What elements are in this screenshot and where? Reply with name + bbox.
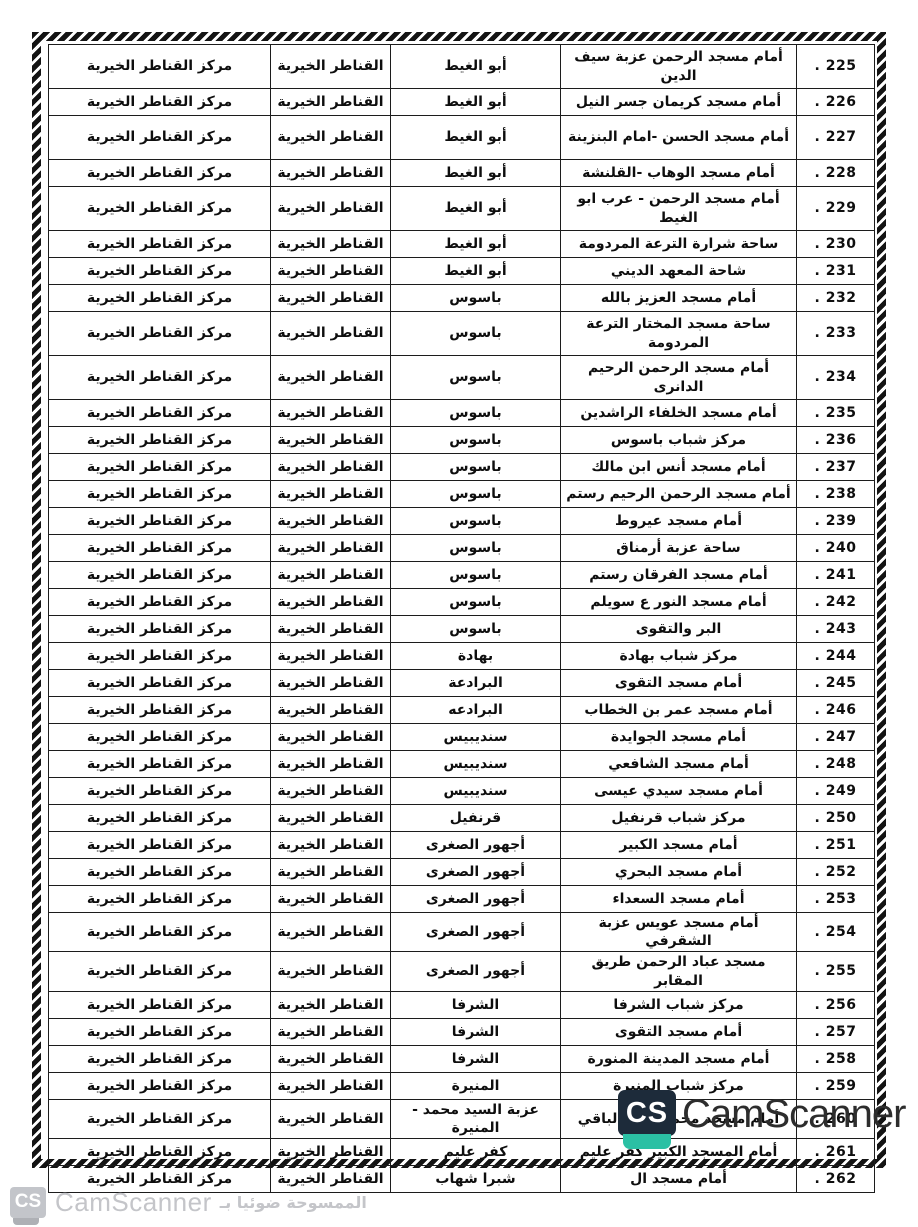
district-cell: القناطر الخيرية: [271, 724, 391, 751]
table-row: . 254أمام مسجد عويس عزبة الشقرفيأجهور ال…: [49, 913, 875, 952]
location-description-cell: أمام مسجد عيروط: [561, 508, 797, 535]
center-cell: مركز القناطر الخيرية: [49, 1099, 271, 1138]
village-cell: سنديبيس: [391, 778, 561, 805]
row-number-cell: . 253: [797, 886, 875, 913]
village-cell: باسوس: [391, 356, 561, 400]
row-number-cell: . 252: [797, 859, 875, 886]
location-description-cell: أمام مسجد عمر بن الخطاب: [561, 697, 797, 724]
center-cell: مركز القناطر الخيرية: [49, 859, 271, 886]
table-row: . 225أمام مسجد الرحمن عزبة سيف الدينأبو …: [49, 45, 875, 89]
location-description-cell: أمام مسجد كريمان جسر النيل: [561, 89, 797, 116]
location-description-cell: أمام مسجد عويس عزبة الشقرفي: [561, 913, 797, 952]
location-description-cell: ساحة عزبة أرمناق: [561, 535, 797, 562]
table-row: . 227أمام مسجد الحسن -امام البنزينةأبو ا…: [49, 116, 875, 160]
location-description-cell: أمام مسجد الفرقان رستم: [561, 562, 797, 589]
location-description-cell: مسجد عباد الرحمن طريق المقابر: [561, 952, 797, 991]
row-number-cell: . 249: [797, 778, 875, 805]
row-number-cell: . 235: [797, 400, 875, 427]
village-cell: باسوس: [391, 562, 561, 589]
village-cell: باسوس: [391, 312, 561, 356]
row-number-cell: . 236: [797, 427, 875, 454]
location-description-cell: ساحة شرارة الترعة المردومة: [561, 231, 797, 258]
row-number-cell: . 243: [797, 616, 875, 643]
district-cell: القناطر الخيرية: [271, 697, 391, 724]
row-number-cell: . 240: [797, 535, 875, 562]
records-table-body: . 225أمام مسجد الرحمن عزبة سيف الدينأبو …: [49, 45, 875, 1193]
district-cell: القناطر الخيرية: [271, 535, 391, 562]
district-cell: القناطر الخيرية: [271, 643, 391, 670]
district-cell: القناطر الخيرية: [271, 312, 391, 356]
district-cell: القناطر الخيرية: [271, 508, 391, 535]
row-number-cell: . 248: [797, 751, 875, 778]
center-cell: مركز القناطر الخيرية: [49, 832, 271, 859]
row-number-cell: . 255: [797, 952, 875, 991]
center-cell: مركز القناطر الخيرية: [49, 1018, 271, 1045]
village-cell: أجهور الصغرى: [391, 886, 561, 913]
row-number-cell: . 241: [797, 562, 875, 589]
location-description-cell: أمام مسجد الرحمن - عرب ابو الغيط: [561, 187, 797, 231]
village-cell: أبو الغيط: [391, 45, 561, 89]
village-cell: أبو الغيط: [391, 89, 561, 116]
row-number-cell: . 256: [797, 991, 875, 1018]
table-row: . 258أمام مسجد المدينة المنورةالشرفاالقن…: [49, 1045, 875, 1072]
table-row: . 233ساحة مسجد المختار الترعة المردومةبا…: [49, 312, 875, 356]
center-cell: مركز القناطر الخيرية: [49, 535, 271, 562]
row-number-cell: . 246: [797, 697, 875, 724]
district-cell: القناطر الخيرية: [271, 400, 391, 427]
center-cell: مركز القناطر الخيرية: [49, 1045, 271, 1072]
location-description-cell: أمام مسجد النور ع سويلم: [561, 589, 797, 616]
center-cell: مركز القناطر الخيرية: [49, 508, 271, 535]
location-description-cell: أمام مسجد أنس ابن مالك: [561, 454, 797, 481]
village-cell: سنديبيس: [391, 751, 561, 778]
village-cell: باسوس: [391, 616, 561, 643]
village-cell: باسوس: [391, 454, 561, 481]
center-cell: مركز القناطر الخيرية: [49, 285, 271, 312]
row-number-cell: . 242: [797, 589, 875, 616]
table-row: . 242أمام مسجد النور ع سويلمباسوسالقناطر…: [49, 589, 875, 616]
table-row: . 229أمام مسجد الرحمن - عرب ابو الغيطأبو…: [49, 187, 875, 231]
row-number-cell: . 232: [797, 285, 875, 312]
district-cell: القناطر الخيرية: [271, 481, 391, 508]
center-cell: مركز القناطر الخيرية: [49, 231, 271, 258]
center-cell: مركز القناطر الخيرية: [49, 643, 271, 670]
district-cell: القناطر الخيرية: [271, 1072, 391, 1099]
village-cell: أبو الغيط: [391, 258, 561, 285]
location-description-cell: أمام مسجد البحري: [561, 859, 797, 886]
village-cell: باسوس: [391, 535, 561, 562]
table-row: . 235أمام مسجد الخلفاء الراشدينباسوسالقن…: [49, 400, 875, 427]
center-cell: مركز القناطر الخيرية: [49, 805, 271, 832]
row-number-cell: . 254: [797, 913, 875, 952]
location-description-cell: البر والتقوى: [561, 616, 797, 643]
table-row: . 243البر والتقوىباسوسالقناطر الخيريةمرك…: [49, 616, 875, 643]
village-cell: الشرفا: [391, 1018, 561, 1045]
location-description-cell: أمام مسجد المدينة المنورة: [561, 1045, 797, 1072]
village-cell: أبو الغيط: [391, 116, 561, 160]
village-cell: قرنفيل: [391, 805, 561, 832]
center-cell: مركز القناطر الخيرية: [49, 697, 271, 724]
center-cell: مركز القناطر الخيرية: [49, 589, 271, 616]
table-row: . 228أمام مسجد الوهاب -القلنشةأبو الغيطا…: [49, 160, 875, 187]
district-cell: القناطر الخيرية: [271, 952, 391, 991]
district-cell: القناطر الخيرية: [271, 805, 391, 832]
table-row: . 248أمام مسجد الشافعيسنديبيسالقناطر الخ…: [49, 751, 875, 778]
district-cell: القناطر الخيرية: [271, 454, 391, 481]
camscanner-footer-logo-text: CS: [15, 1191, 41, 1213]
row-number-cell: . 251: [797, 832, 875, 859]
row-number-cell: . 257: [797, 1018, 875, 1045]
center-cell: مركز القناطر الخيرية: [49, 116, 271, 160]
camscanner-footer-logo-tab: [13, 1218, 39, 1225]
table-row: . 255مسجد عباد الرحمن طريق المقابرأجهور …: [49, 952, 875, 991]
row-number-cell: . 245: [797, 670, 875, 697]
camscanner-logo-tab: [623, 1134, 671, 1149]
row-number-cell: . 244: [797, 643, 875, 670]
center-cell: مركز القناطر الخيرية: [49, 913, 271, 952]
district-cell: القناطر الخيرية: [271, 1099, 391, 1138]
location-description-cell: أمام مسجد العزيز بالله: [561, 285, 797, 312]
center-cell: مركز القناطر الخيرية: [49, 562, 271, 589]
district-cell: القناطر الخيرية: [271, 45, 391, 89]
district-cell: القناطر الخيرية: [271, 160, 391, 187]
table-row: . 237أمام مسجد أنس ابن مالكباسوسالقناطر …: [49, 454, 875, 481]
center-cell: مركز القناطر الخيرية: [49, 312, 271, 356]
center-cell: مركز القناطر الخيرية: [49, 991, 271, 1018]
center-cell: مركز القناطر الخيرية: [49, 886, 271, 913]
location-description-cell: مركز شباب الشرفا: [561, 991, 797, 1018]
village-cell: عزبة السيد محمد - المنيرة: [391, 1099, 561, 1138]
camscanner-footer: CS CamScanner الممسوحة ضوئيا بـ: [10, 1180, 430, 1224]
table-row: . 232أمام مسجد العزيز باللهباسوسالقناطر …: [49, 285, 875, 312]
table-row: . 257أمام مسجد التقوىالشرفاالقناطر الخير…: [49, 1018, 875, 1045]
table-row: . 247أمام مسجد الجوايدةسنديبيسالقناطر ال…: [49, 724, 875, 751]
table-row: . 236مركز شباب باسوسباسوسالقناطر الخيرية…: [49, 427, 875, 454]
row-number-cell: . 230: [797, 231, 875, 258]
table-row: . 250مركز شباب قرنفيلقرنفيلالقناطر الخير…: [49, 805, 875, 832]
district-cell: القناطر الخيرية: [271, 991, 391, 1018]
location-description-cell: أمام مسجد التقوى: [561, 1018, 797, 1045]
village-cell: البرادعه: [391, 697, 561, 724]
district-cell: القناطر الخيرية: [271, 778, 391, 805]
row-number-cell: . 262: [797, 1166, 875, 1193]
location-description-cell: أمام مسجد الكبير: [561, 832, 797, 859]
district-cell: القناطر الخيرية: [271, 616, 391, 643]
center-cell: مركز القناطر الخيرية: [49, 1072, 271, 1099]
center-cell: مركز القناطر الخيرية: [49, 356, 271, 400]
center-cell: مركز القناطر الخيرية: [49, 187, 271, 231]
row-number-cell: . 234: [797, 356, 875, 400]
table-row: . 234أمام مسجد الرحمن الرحيم الدانرىباسو…: [49, 356, 875, 400]
table-row: . 252أمام مسجد البحريأجهور الصغرىالقناطر…: [49, 859, 875, 886]
location-description-cell: مركز شباب قرنفيل: [561, 805, 797, 832]
village-cell: أبو الغيط: [391, 231, 561, 258]
district-cell: القناطر الخيرية: [271, 589, 391, 616]
location-description-cell: أمام مسجد الحسن -امام البنزينة: [561, 116, 797, 160]
village-cell: باسوس: [391, 427, 561, 454]
village-cell: باسوس: [391, 285, 561, 312]
camscanner-footer-logo-icon: CS: [10, 1187, 46, 1218]
center-cell: مركز القناطر الخيرية: [49, 670, 271, 697]
location-description-cell: أمام مسجد سيدي عيسى: [561, 778, 797, 805]
village-cell: كفر عليم: [391, 1139, 561, 1166]
center-cell: مركز القناطر الخيرية: [49, 952, 271, 991]
location-description-cell: أمام مسجد الرحمن الرحيم رستم: [561, 481, 797, 508]
village-cell: باسوس: [391, 589, 561, 616]
locations-table: . 225أمام مسجد الرحمن عزبة سيف الدينأبو …: [48, 44, 875, 1193]
center-cell: مركز القناطر الخيرية: [49, 400, 271, 427]
table-row: . 238أمام مسجد الرحمن الرحيم رستمباسوسال…: [49, 481, 875, 508]
row-number-cell: . 228: [797, 160, 875, 187]
district-cell: القناطر الخيرية: [271, 187, 391, 231]
center-cell: مركز القناطر الخيرية: [49, 481, 271, 508]
district-cell: القناطر الخيرية: [271, 89, 391, 116]
village-cell: أبو الغيط: [391, 187, 561, 231]
row-number-cell: . 233: [797, 312, 875, 356]
camscanner-logo-icon: CS: [618, 1090, 676, 1136]
table-row: . 244مركز شباب بهادةبهادةالقناطر الخيرية…: [49, 643, 875, 670]
location-description-cell: أمام مسجد الجوايدة: [561, 724, 797, 751]
district-cell: القناطر الخيرية: [271, 285, 391, 312]
village-cell: باسوس: [391, 481, 561, 508]
row-number-cell: . 247: [797, 724, 875, 751]
village-cell: باسوس: [391, 508, 561, 535]
district-cell: القناطر الخيرية: [271, 1139, 391, 1166]
location-description-cell: أمام مسجد الرحمن الرحيم الدانرى: [561, 356, 797, 400]
center-cell: مركز القناطر الخيرية: [49, 454, 271, 481]
location-description-cell: مركز شباب بهادة: [561, 643, 797, 670]
center-cell: مركز القناطر الخيرية: [49, 724, 271, 751]
location-description-cell: أمام مسجد السعداء: [561, 886, 797, 913]
table-row: . 246أمام مسجد عمر بن الخطابالبرادعهالقن…: [49, 697, 875, 724]
row-number-cell: . 250: [797, 805, 875, 832]
camscanner-logo-text: CS: [626, 1097, 668, 1130]
camscanner-footer-caption: الممسوحة ضوئيا بـ: [220, 1193, 367, 1212]
village-cell: بهادة: [391, 643, 561, 670]
village-cell: أجهور الصغرى: [391, 832, 561, 859]
location-description-cell: أمام مسجد الشافعي: [561, 751, 797, 778]
table-row: . 256مركز شباب الشرفاالشرفاالقناطر الخير…: [49, 991, 875, 1018]
camscanner-footer-brand: CamScanner: [55, 1187, 212, 1218]
table-row: . 226أمام مسجد كريمان جسر النيلأبو الغيط…: [49, 89, 875, 116]
location-description-cell: أمام مسجد ال: [561, 1166, 797, 1193]
table-row: . 240ساحة عزبة أرمناقباسوسالقناطر الخيري…: [49, 535, 875, 562]
center-cell: مركز القناطر الخيرية: [49, 427, 271, 454]
table-row: . 241أمام مسجد الفرقان رستمباسوسالقناطر …: [49, 562, 875, 589]
village-cell: أجهور الصغرى: [391, 859, 561, 886]
camscanner-watermark: CS CamScanner: [618, 1090, 918, 1160]
district-cell: القناطر الخيرية: [271, 1045, 391, 1072]
location-description-cell: مركز شباب باسوس: [561, 427, 797, 454]
village-cell: أبو الغيط: [391, 160, 561, 187]
table-row: . 251أمام مسجد الكبيرأجهور الصغرىالقناطر…: [49, 832, 875, 859]
location-description-cell: أمام مسجد الخلفاء الراشدين: [561, 400, 797, 427]
location-description-cell: شاحة المعهد الديني: [561, 258, 797, 285]
row-number-cell: . 229: [797, 187, 875, 231]
center-cell: مركز القناطر الخيرية: [49, 616, 271, 643]
row-number-cell: . 231: [797, 258, 875, 285]
center-cell: مركز القناطر الخيرية: [49, 160, 271, 187]
location-description-cell: أمام مسجد التقوى: [561, 670, 797, 697]
center-cell: مركز القناطر الخيرية: [49, 45, 271, 89]
district-cell: القناطر الخيرية: [271, 116, 391, 160]
row-number-cell: . 258: [797, 1045, 875, 1072]
row-number-cell: . 238: [797, 481, 875, 508]
district-cell: القناطر الخيرية: [271, 1018, 391, 1045]
village-cell: الشرفا: [391, 991, 561, 1018]
village-cell: أجهور الصغرى: [391, 913, 561, 952]
row-number-cell: . 239: [797, 508, 875, 535]
scanned-document-page: { "table": { "district_label": "القناطر …: [0, 0, 918, 1227]
district-cell: القناطر الخيرية: [271, 832, 391, 859]
location-description-cell: ساحة مسجد المختار الترعة المردومة: [561, 312, 797, 356]
row-number-cell: . 237: [797, 454, 875, 481]
row-number-cell: . 226: [797, 89, 875, 116]
district-cell: القناطر الخيرية: [271, 751, 391, 778]
table-row: . 245أمام مسجد التقوىالبرادعةالقناطر الخ…: [49, 670, 875, 697]
district-cell: القناطر الخيرية: [271, 913, 391, 952]
district-cell: القناطر الخيرية: [271, 859, 391, 886]
district-cell: القناطر الخيرية: [271, 886, 391, 913]
center-cell: مركز القناطر الخيرية: [49, 1139, 271, 1166]
district-cell: القناطر الخيرية: [271, 258, 391, 285]
village-cell: البرادعة: [391, 670, 561, 697]
table-row: . 230ساحة شرارة الترعة المردومةأبو الغيط…: [49, 231, 875, 258]
village-cell: باسوس: [391, 400, 561, 427]
village-cell: المنيرة: [391, 1072, 561, 1099]
village-cell: سنديبيس: [391, 724, 561, 751]
village-cell: أجهور الصغرى: [391, 952, 561, 991]
table-row: . 239أمام مسجد عيروطباسوسالقناطر الخيرية…: [49, 508, 875, 535]
camscanner-brand-text: CamScanner: [682, 1092, 905, 1137]
table-row: . 249أمام مسجد سيدي عيسىسنديبيسالقناطر ا…: [49, 778, 875, 805]
village-cell: الشرفا: [391, 1045, 561, 1072]
district-cell: القناطر الخيرية: [271, 356, 391, 400]
row-number-cell: . 227: [797, 116, 875, 160]
district-cell: القناطر الخيرية: [271, 231, 391, 258]
district-cell: القناطر الخيرية: [271, 562, 391, 589]
table-row: . 231شاحة المعهد الدينيأبو الغيطالقناطر …: [49, 258, 875, 285]
district-cell: القناطر الخيرية: [271, 427, 391, 454]
row-number-cell: . 225: [797, 45, 875, 89]
district-cell: القناطر الخيرية: [271, 670, 391, 697]
center-cell: مركز القناطر الخيرية: [49, 258, 271, 285]
table-row: . 253أمام مسجد السعداءأجهور الصغرىالقناط…: [49, 886, 875, 913]
center-cell: مركز القناطر الخيرية: [49, 89, 271, 116]
center-cell: مركز القناطر الخيرية: [49, 778, 271, 805]
center-cell: مركز القناطر الخيرية: [49, 751, 271, 778]
location-description-cell: أمام مسجد الوهاب -القلنشة: [561, 160, 797, 187]
location-description-cell: أمام مسجد الرحمن عزبة سيف الدين: [561, 45, 797, 89]
